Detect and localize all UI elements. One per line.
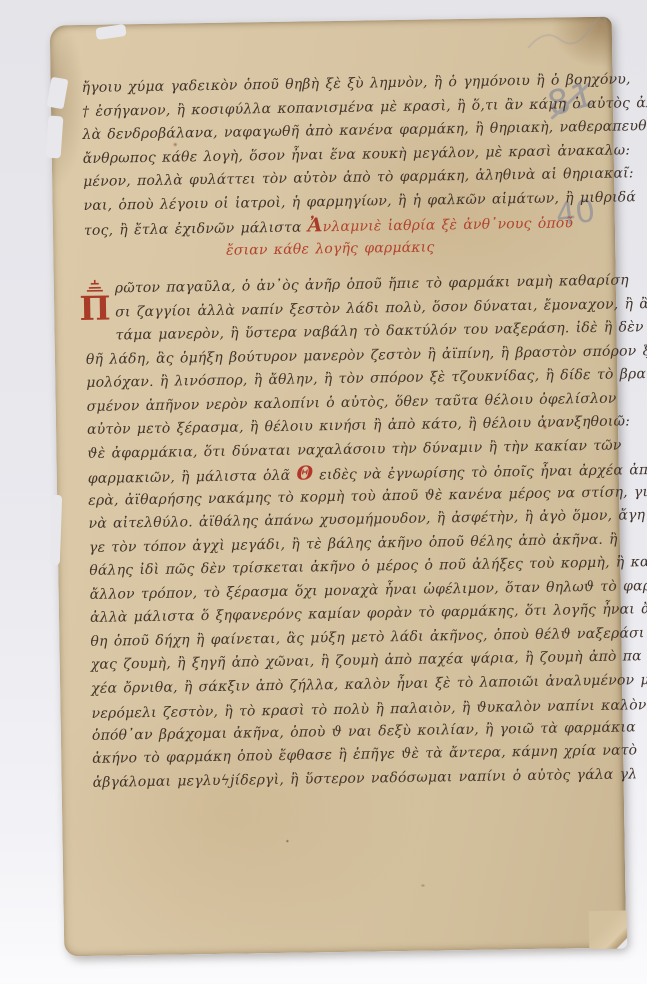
ink-text: ρῶτον παγαῦλα, ὁ ἀν᾽ὸς ἀνῆρ ὁποῦ ἤπιε τὸ… <box>115 272 629 296</box>
ink-text: φαρμακιῶν, ἢ μάλιστα ὁλᾶ <box>88 468 297 487</box>
ink-text: αὐτὸν μετὸ ξέρασμα, ἢ θέλοιυ κινήσι ἢ ἀπ… <box>87 413 630 438</box>
rubric-text: Θ <box>296 462 313 484</box>
ink-text: ἀκήνο τὸ φαρμάκη ὁποὺ ἔφθασε ἢ ἐπῆγε ϑὲ … <box>92 742 637 767</box>
rubric-text: Ἀ <box>308 214 323 236</box>
text-block: ἤγοιυ χύμα γαδεικὸν ὁποῦ θηβὴ ξὲ ξὺ λημν… <box>82 69 585 795</box>
ink-text: τος, ἢ ἔτλα ἐχιδνῶν μάλιστα <box>84 219 308 239</box>
ink-text: ἤγοιυ χύμα γαδεικὸν ὁποῦ θηβὴ ξὲ ξὺ λημν… <box>82 71 631 96</box>
rubric-text: ἔσιαν κάθε λογῆς φαρμάκις <box>226 239 435 258</box>
ink-text: τάμα μανερὸν, ἢ ὕστερα ναβάλη τὸ δακτύλό… <box>115 319 647 344</box>
ornate-initial: Π <box>81 280 110 327</box>
ink-text: λὰ δενδροβάλανα, ναφαγωθῆ ἀπὸ κανένα φαρ… <box>82 118 647 143</box>
ink-text: μένον, πολλὰ φυλάττει τὸν αὐτὸν ἀπὸ τὸ φ… <box>83 165 634 190</box>
pencil-scribble <box>520 17 611 58</box>
body-lines: ρῶτον παγαῦλα, ὁ ἀν᾽ὸς ἀνῆρ ὁποῦ ἤπιε τὸ… <box>85 270 585 795</box>
opening-text-block: ἤγοιυ χύμα γαδεικὸν ὁποῦ θηβὴ ξὲ ξὺ λημν… <box>82 69 577 265</box>
ink-text: μολόχαν. ἢ λινόσπορ, ἢ ἄθλην, ἢ τὸν σπόρ… <box>86 366 646 391</box>
scanner-background: 81 40 ἤγοιυ χύμα γαδεικὸν ὁποῦ θηβὴ ξὲ ξ… <box>0 0 647 984</box>
ink-text: σμένον ἀπῆνον νερὸν καλοπίνι ὁ αὐτὸς, ὅθ… <box>87 390 617 414</box>
rubric-text: νλαμνιὲ ἰαθρία ξὲ ἀνθ᾽νους ὁποῦ <box>323 215 574 235</box>
ink-text: χας ζουμὴ, ἢ ξηγῆ ἀπὸ χῶναι, ἢ ζουμὴ ἀπὸ… <box>91 648 642 673</box>
deckle-edge-chip <box>46 116 64 159</box>
chapter-body: Π ρῶτον παγαῦλα, ὁ ἀν᾽ὸς ἀνῆρ ὁποῦ ἤπιε … <box>85 270 585 795</box>
initial-letter: Π <box>79 292 111 326</box>
ink-text: γε τὸν τόπον ἀγχὶ μεγάδι, ἢ τὲ βάλης ἀκῆ… <box>89 531 618 555</box>
ink-text: ϑὲ ἀφαρμάκια, ὅτι δύναται ναχαλάσοιυ τὴν… <box>87 437 621 461</box>
manuscript-page: 81 40 ἤγοιυ χύμα γαδεικὸν ὁποῦ θηβὴ ξὲ ξ… <box>50 17 627 957</box>
page-fold-corner <box>589 911 628 950</box>
ink-text: ειδὲς νὰ ἐγνωρίσης τὸ ὁποῖς ἦναι ἀρχέα ἀ… <box>313 462 647 483</box>
ink-text: νὰ αἰτελθύλο. ἀϊθάλης ἀπάνω χυσομήμουδον… <box>88 507 645 532</box>
